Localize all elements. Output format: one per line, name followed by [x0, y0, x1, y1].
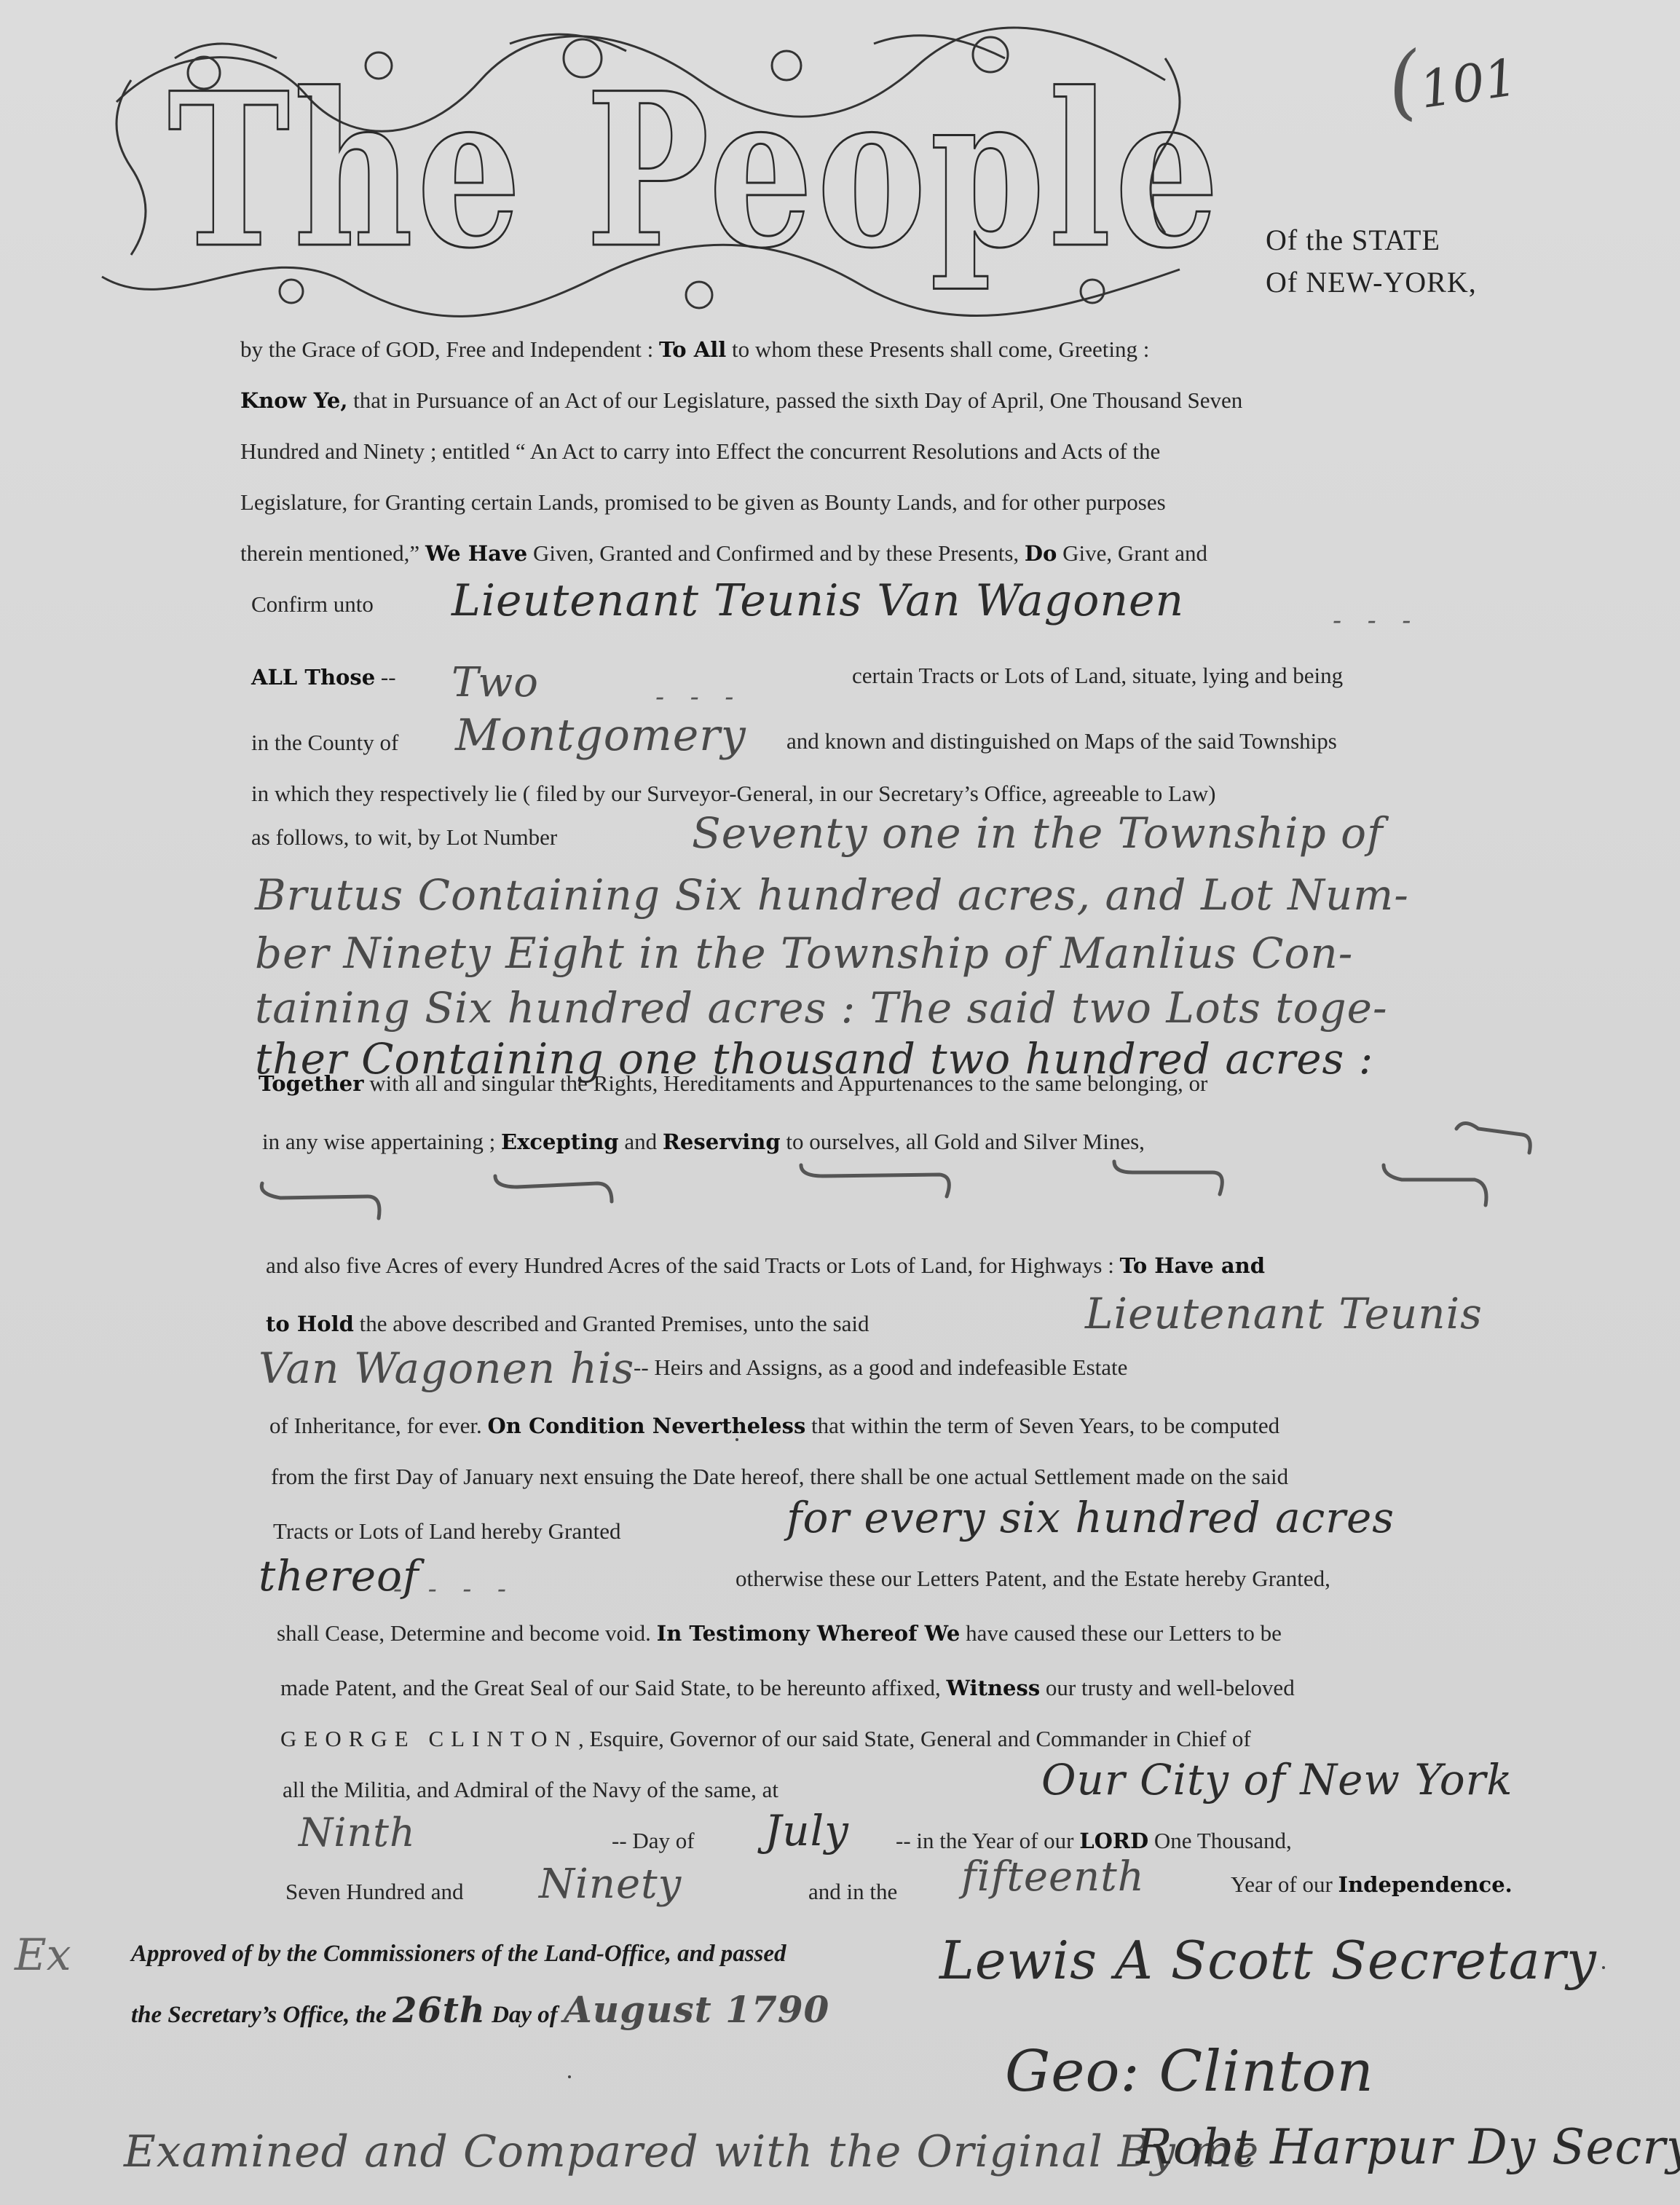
printed-line-day: -- Day of	[612, 1828, 695, 1854]
printed-line-highways: and also five Acres of every Hundred Acr…	[266, 1253, 1265, 1279]
document-page: (101 The People Of the STATE Of NEW-YORK…	[0, 0, 1680, 2205]
governor-name: GEORGE CLINTON	[280, 1726, 578, 1751]
printed-text: of Inheritance, for ever.	[269, 1413, 488, 1438]
printed-line: Know Ye, that in Pursuance of an Act of …	[240, 387, 1242, 414]
approval-line-2: the Secretary’s Office, the 26th Day of …	[131, 1988, 829, 2031]
blackletter-phrase: Know Ye,	[240, 388, 347, 413]
settlement-terms-line-1: for every six hundred acres	[786, 1493, 1395, 1542]
printed-line: in the County of	[251, 730, 398, 756]
printed-text: in which they respectively lie ( filed b…	[251, 781, 1215, 806]
dash-fill: - - -	[1333, 590, 1419, 639]
printed-line: therein mentioned,” We Have Given, Grant…	[240, 540, 1207, 567]
grantee-repeat-line-2: Van Wagonen his	[259, 1344, 634, 1393]
printed-line-otherwise: otherwise these our Letters Patent, and …	[736, 1566, 1330, 1592]
ink-speck	[1602, 1966, 1605, 1969]
blackletter-phrase: We Have	[425, 541, 527, 566]
printed-text: that in Pursuance of an Act of our Legis…	[347, 387, 1242, 413]
examined-note: Examined and Compared with the Original …	[124, 2126, 1259, 2177]
printed-text: from the first Day of January next ensui…	[271, 1464, 1288, 1489]
printed-text: Hundred and Ninety ; entitled “ An Act t…	[240, 438, 1160, 464]
independence-year: fifteenth	[961, 1853, 1145, 1901]
signature-governor: Geo: Clinton	[1005, 2039, 1374, 2105]
place-of-signing: Our City of New York	[1041, 1755, 1513, 1804]
printed-text: and also five Acres of every Hundred Acr…	[266, 1253, 1120, 1278]
printed-line-indep2: Year of our Independence.	[1231, 1871, 1513, 1898]
printed-text: to whom these Presents shall come, Greet…	[726, 336, 1149, 362]
blackletter-phrase: To All	[659, 337, 726, 362]
blackletter-phrase: Together	[259, 1071, 364, 1096]
printed-text: One Thousand,	[1148, 1828, 1292, 1853]
blackletter-phrase: LORD	[1079, 1829, 1148, 1853]
printed-text: Legislature, for Granting certain Lands,…	[240, 489, 1166, 515]
printed-text: have caused these our Letters to be	[960, 1620, 1282, 1646]
blackletter-phrase: Witness	[947, 1676, 1041, 1700]
printed-line-cease: shall Cease, Determine and become void. …	[277, 1620, 1282, 1646]
printed-text: our trusty and well-beloved	[1040, 1675, 1295, 1700]
county-tail: and known and distinguished on Maps of t…	[786, 728, 1337, 754]
blackletter-phrase: to Hold	[266, 1311, 354, 1336]
approval-line-1: Approved of by the Commissioners of the …	[131, 1941, 786, 1968]
printed-line-clinton: GEORGE CLINTON, Esquire, Governor of our…	[280, 1726, 1251, 1752]
ink-speck	[568, 2075, 571, 2078]
printed-text: -- Heirs and Assigns, as a good and inde…	[634, 1354, 1127, 1380]
printed-line-first-day: from the first Day of January next ensui…	[271, 1464, 1288, 1490]
county-name: Montgomery	[455, 710, 746, 761]
printed-text: -- in the Year of our	[896, 1828, 1079, 1853]
margin-mark: Ex	[15, 1930, 71, 1981]
printed-text: --	[375, 664, 395, 690]
dash-fill: - - -	[655, 666, 742, 716]
approval-month-year: August 1790	[564, 1988, 829, 2031]
printed-text: the above described and Granted Premises…	[354, 1311, 869, 1336]
signing-day: Ninth	[299, 1810, 416, 1855]
number-of-lots: Two	[451, 659, 539, 706]
printed-text: all the Militia, and Admiral of the Navy…	[283, 1777, 778, 1802]
printed-text: Seven Hundred and	[285, 1879, 464, 1904]
printed-line-patent: made Patent, and the Great Seal of our S…	[280, 1675, 1295, 1701]
printed-line: as follows, to wit, by Lot Number	[251, 824, 557, 851]
line-fill-flourish-icon	[248, 1107, 1558, 1223]
printed-line: ALL Those --	[251, 664, 396, 690]
printed-line: Confirm unto	[251, 591, 374, 618]
printed-text: and in the	[808, 1879, 897, 1904]
printed-line-indep: and in the	[808, 1879, 897, 1905]
lot-description-line-4: taining Six hundred acres : The said two…	[255, 983, 1388, 1033]
printed-line: Legislature, for Granting certain Lands,…	[240, 489, 1166, 516]
printed-line: Hundred and Ninety ; entitled “ An Act t…	[240, 438, 1160, 465]
printed-text: Year of our	[1231, 1871, 1338, 1897]
printed-line: by the Grace of GOD, Free and Independen…	[240, 336, 1149, 363]
printed-line-seven: Seven Hundred and	[285, 1879, 464, 1905]
lot-description-line-3: ber Ninety Eight in the Township of Manl…	[255, 928, 1353, 978]
signature-deputy-secretary: Robt Harpur Dy Secry	[1136, 2119, 1680, 2175]
dash-fill: - - - -	[393, 1558, 515, 1608]
lot-description-line-2: Brutus Containing Six hundred acres, and…	[255, 870, 1409, 920]
tracts-phrase: certain Tracts or Lots of Land, situate,…	[852, 663, 1343, 688]
printed-text: shall Cease, Determine and become void.	[277, 1620, 657, 1646]
printed-text: -- Day of	[612, 1828, 695, 1853]
printed-text: made Patent, and the Great Seal of our S…	[280, 1675, 947, 1700]
printed-line-together: Together with all and singular the Right…	[259, 1070, 1207, 1097]
signing-month: July	[765, 1806, 849, 1855]
approval-day: 26th	[393, 1990, 486, 2031]
heading-subtitle-state: Of the STATE	[1266, 223, 1440, 257]
printed-text: with all and singular the Rights, Heredi…	[364, 1070, 1208, 1096]
printed-text: in the County of	[251, 730, 398, 755]
lot-description-line-1: Seventy one in the Township of	[692, 808, 1384, 858]
approval-prefix: the Secretary’s Office, the	[131, 2002, 387, 2028]
printed-text: by the Grace of GOD, Free and Independen…	[240, 336, 659, 362]
blackletter-phrase: ALL Those	[251, 665, 375, 690]
tracts-text: certain Tracts or Lots of Land, situate,…	[852, 663, 1343, 689]
printed-text: otherwise these our Letters Patent, and …	[736, 1566, 1330, 1591]
printed-text: therein mentioned,”	[240, 540, 425, 566]
printed-line-inherit: of Inheritance, for ever. On Condition N…	[269, 1413, 1279, 1439]
blackletter-phrase: Independence.	[1338, 1872, 1513, 1897]
printed-line: in which they respectively lie ( filed b…	[251, 781, 1215, 807]
printed-text: Tracts or Lots of Land hereby Granted	[273, 1518, 621, 1544]
grantee-repeat-line-1: Lieutenant Teunis	[1085, 1289, 1483, 1338]
ornate-heading: The People	[73, 15, 1238, 320]
heading-title: The People	[167, 66, 1054, 277]
printed-text: as follows, to wit, by Lot Number	[251, 824, 557, 850]
printed-line-year: -- in the Year of our LORD One Thousand,	[896, 1828, 1292, 1854]
printed-line-militia: all the Militia, and Admiral of the Navy…	[283, 1777, 778, 1803]
page-number: (101	[1381, 20, 1522, 130]
printed-line-heirs: -- Heirs and Assigns, as a good and inde…	[634, 1354, 1127, 1381]
printed-text: Confirm unto	[251, 591, 374, 617]
blackletter-phrase: On Condition Nevertheless	[488, 1413, 806, 1438]
approval-mid: Day of	[492, 2002, 558, 2028]
heading-subtitle-new-york: Of NEW-YORK,	[1266, 265, 1477, 299]
blackletter-phrase: Do	[1025, 541, 1057, 566]
printed-text: Given, Granted and Confirmed and by thes…	[527, 540, 1025, 566]
signature-secretary: Lewis A Scott Secretary	[939, 1930, 1597, 1991]
printed-text: Give, Grant and	[1057, 540, 1207, 566]
printed-text: that within the term of Seven Years, to …	[805, 1413, 1279, 1438]
ink-speck	[736, 1438, 738, 1441]
blackletter-phrase: In Testimony Whereof We	[657, 1621, 961, 1646]
printed-line-tracts: Tracts or Lots of Land hereby Granted	[273, 1518, 621, 1545]
grantee-name: Lieutenant Teunis Van Wagonen	[451, 575, 1184, 626]
printed-text: , Esquire, Governor of our said State, G…	[578, 1726, 1251, 1751]
printed-line-hold: to Hold the above described and Granted …	[266, 1311, 869, 1337]
signing-year-words: Ninety	[539, 1861, 682, 1908]
blackletter-phrase: To Have and	[1120, 1253, 1265, 1278]
